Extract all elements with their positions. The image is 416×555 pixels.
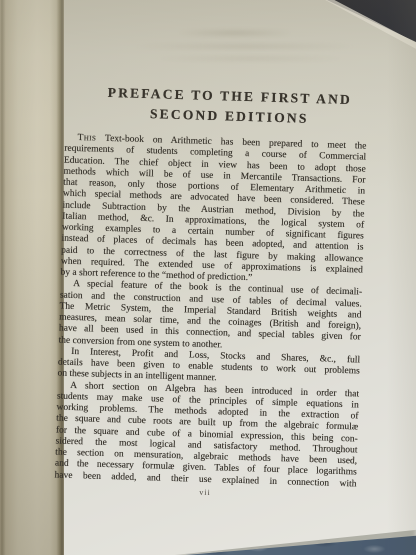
book-photo: PREFACE TO THE FIRST AND SECOND EDITIONS… [0, 0, 416, 555]
text-body: This Text-book on Arithmetic has been pr… [54, 133, 366, 491]
page-title: PREFACE TO THE FIRST AND SECOND EDITIONS [78, 82, 381, 131]
paragraph: A short section on Algebra has been intr… [54, 380, 359, 490]
paragraph: This Text-book on Arithmetic has been pr… [60, 133, 366, 288]
page-content: PREFACE TO THE FIRST AND SECOND EDITIONS… [54, 80, 368, 502]
small-caps-lead-word: This [77, 133, 96, 144]
paragraph: A special feature of the book is the con… [58, 279, 362, 355]
